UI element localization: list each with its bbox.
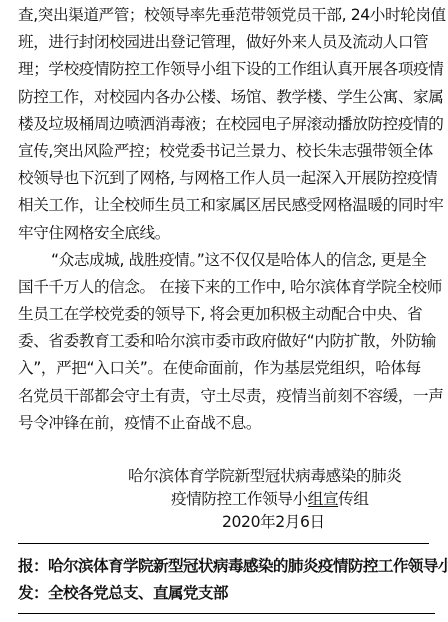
distribution-send-to: 发：全校各党总支、直属党支部 — [18, 580, 228, 607]
text-line: 楼及垃圾桶周边喷洒消毒液；在校园电子屏滚动播放防控疫情的 — [18, 111, 428, 138]
text-line: “众志成城, 战胜疫情。”这不仅仅是哈体人的信念, 更是全 — [18, 247, 428, 274]
text-line: 入”，严把“入口关”。在使命面前，作为基层党组织，哈体每 — [18, 355, 428, 382]
text-line: 委、省委教育工委和哈尔滨市委市政府做好“内防扩散，外防输 — [18, 328, 428, 355]
paragraph-unity-statement: “众志成城, 战胜疫情。”这不仅仅是哈体人的信念, 更是全 国千千万人的信念。 … — [18, 247, 428, 437]
text-line: 生员工在学校党委的领导下, 将会更加积极主动配合中央、省 — [18, 301, 428, 328]
text-line: 班，进行封闭校园进出登记管理，做好外来人员及流动人口管 — [18, 29, 428, 56]
text-line: 校领导也下沉到了网格, 与网格工作人员一起深入开展防控疫情 — [18, 165, 428, 192]
text-line: 查,突出渠道严管；校领导率先垂范带领党员干部, 24小时轮岗值 — [18, 2, 428, 29]
text-line: 国千千万人的信念。 在接下来的工作中, 哈尔滨体育学院全校师 — [18, 274, 428, 301]
text-line: 牢守住网格安全底线。 — [18, 220, 428, 247]
signature-date: 2020年2月6日 — [222, 511, 325, 534]
distribution-report-to: 报：哈尔滨体育学院新型冠状病毒感染的肺炎疫情防控工作领导小组 — [18, 553, 448, 580]
document-page: 查,突出渠道严管；校领导率先垂范带领党员干部, 24小时轮岗值 班，进行封闭校园… — [0, 0, 448, 622]
signature-org-line-2: 疫情防控工作领导小组宣传组 — [171, 488, 369, 511]
divider-top — [18, 543, 429, 544]
divider-bottom — [18, 613, 435, 614]
signature-org-text: 疫情防控工作领导小 — [171, 490, 308, 508]
text-line: 相关工作，让全校师生员工和家属区居民感受网格温暖的同时牢 — [18, 192, 428, 219]
signature-org-text: 传组 — [338, 490, 368, 508]
text-line: 理；学校疫情防控工作领导小组下设的工作组认真开展各项疫情 — [18, 56, 428, 83]
signature-org-underlined-text: 组宣 — [308, 490, 338, 508]
signature-org-line-1: 哈尔滨体育学院新型冠状病毒感染的肺炎 — [128, 465, 402, 488]
text-line: 号令冲锋在前，疫情不止奋战不息。 — [18, 410, 428, 437]
document-body: 查,突出渠道严管；校领导率先垂范带领党员干部, 24小时轮岗值 班，进行封闭校园… — [18, 2, 428, 437]
paragraph-epidemic-measures: 查,突出渠道严管；校领导率先垂范带领党员干部, 24小时轮岗值 班，进行封闭校园… — [18, 2, 428, 247]
text-line: 防控工作，对校园内各办公楼、场馆、教学楼、学生公寓、家属 — [18, 84, 428, 111]
text-line: 宣传,突出风险严控；校党委书记兰景力、校长朱志强带领全体 — [18, 138, 428, 165]
text-line: 名党员干部都会守土有责，守土尽责，疫情当前刻不容缓，一声 — [18, 383, 428, 410]
